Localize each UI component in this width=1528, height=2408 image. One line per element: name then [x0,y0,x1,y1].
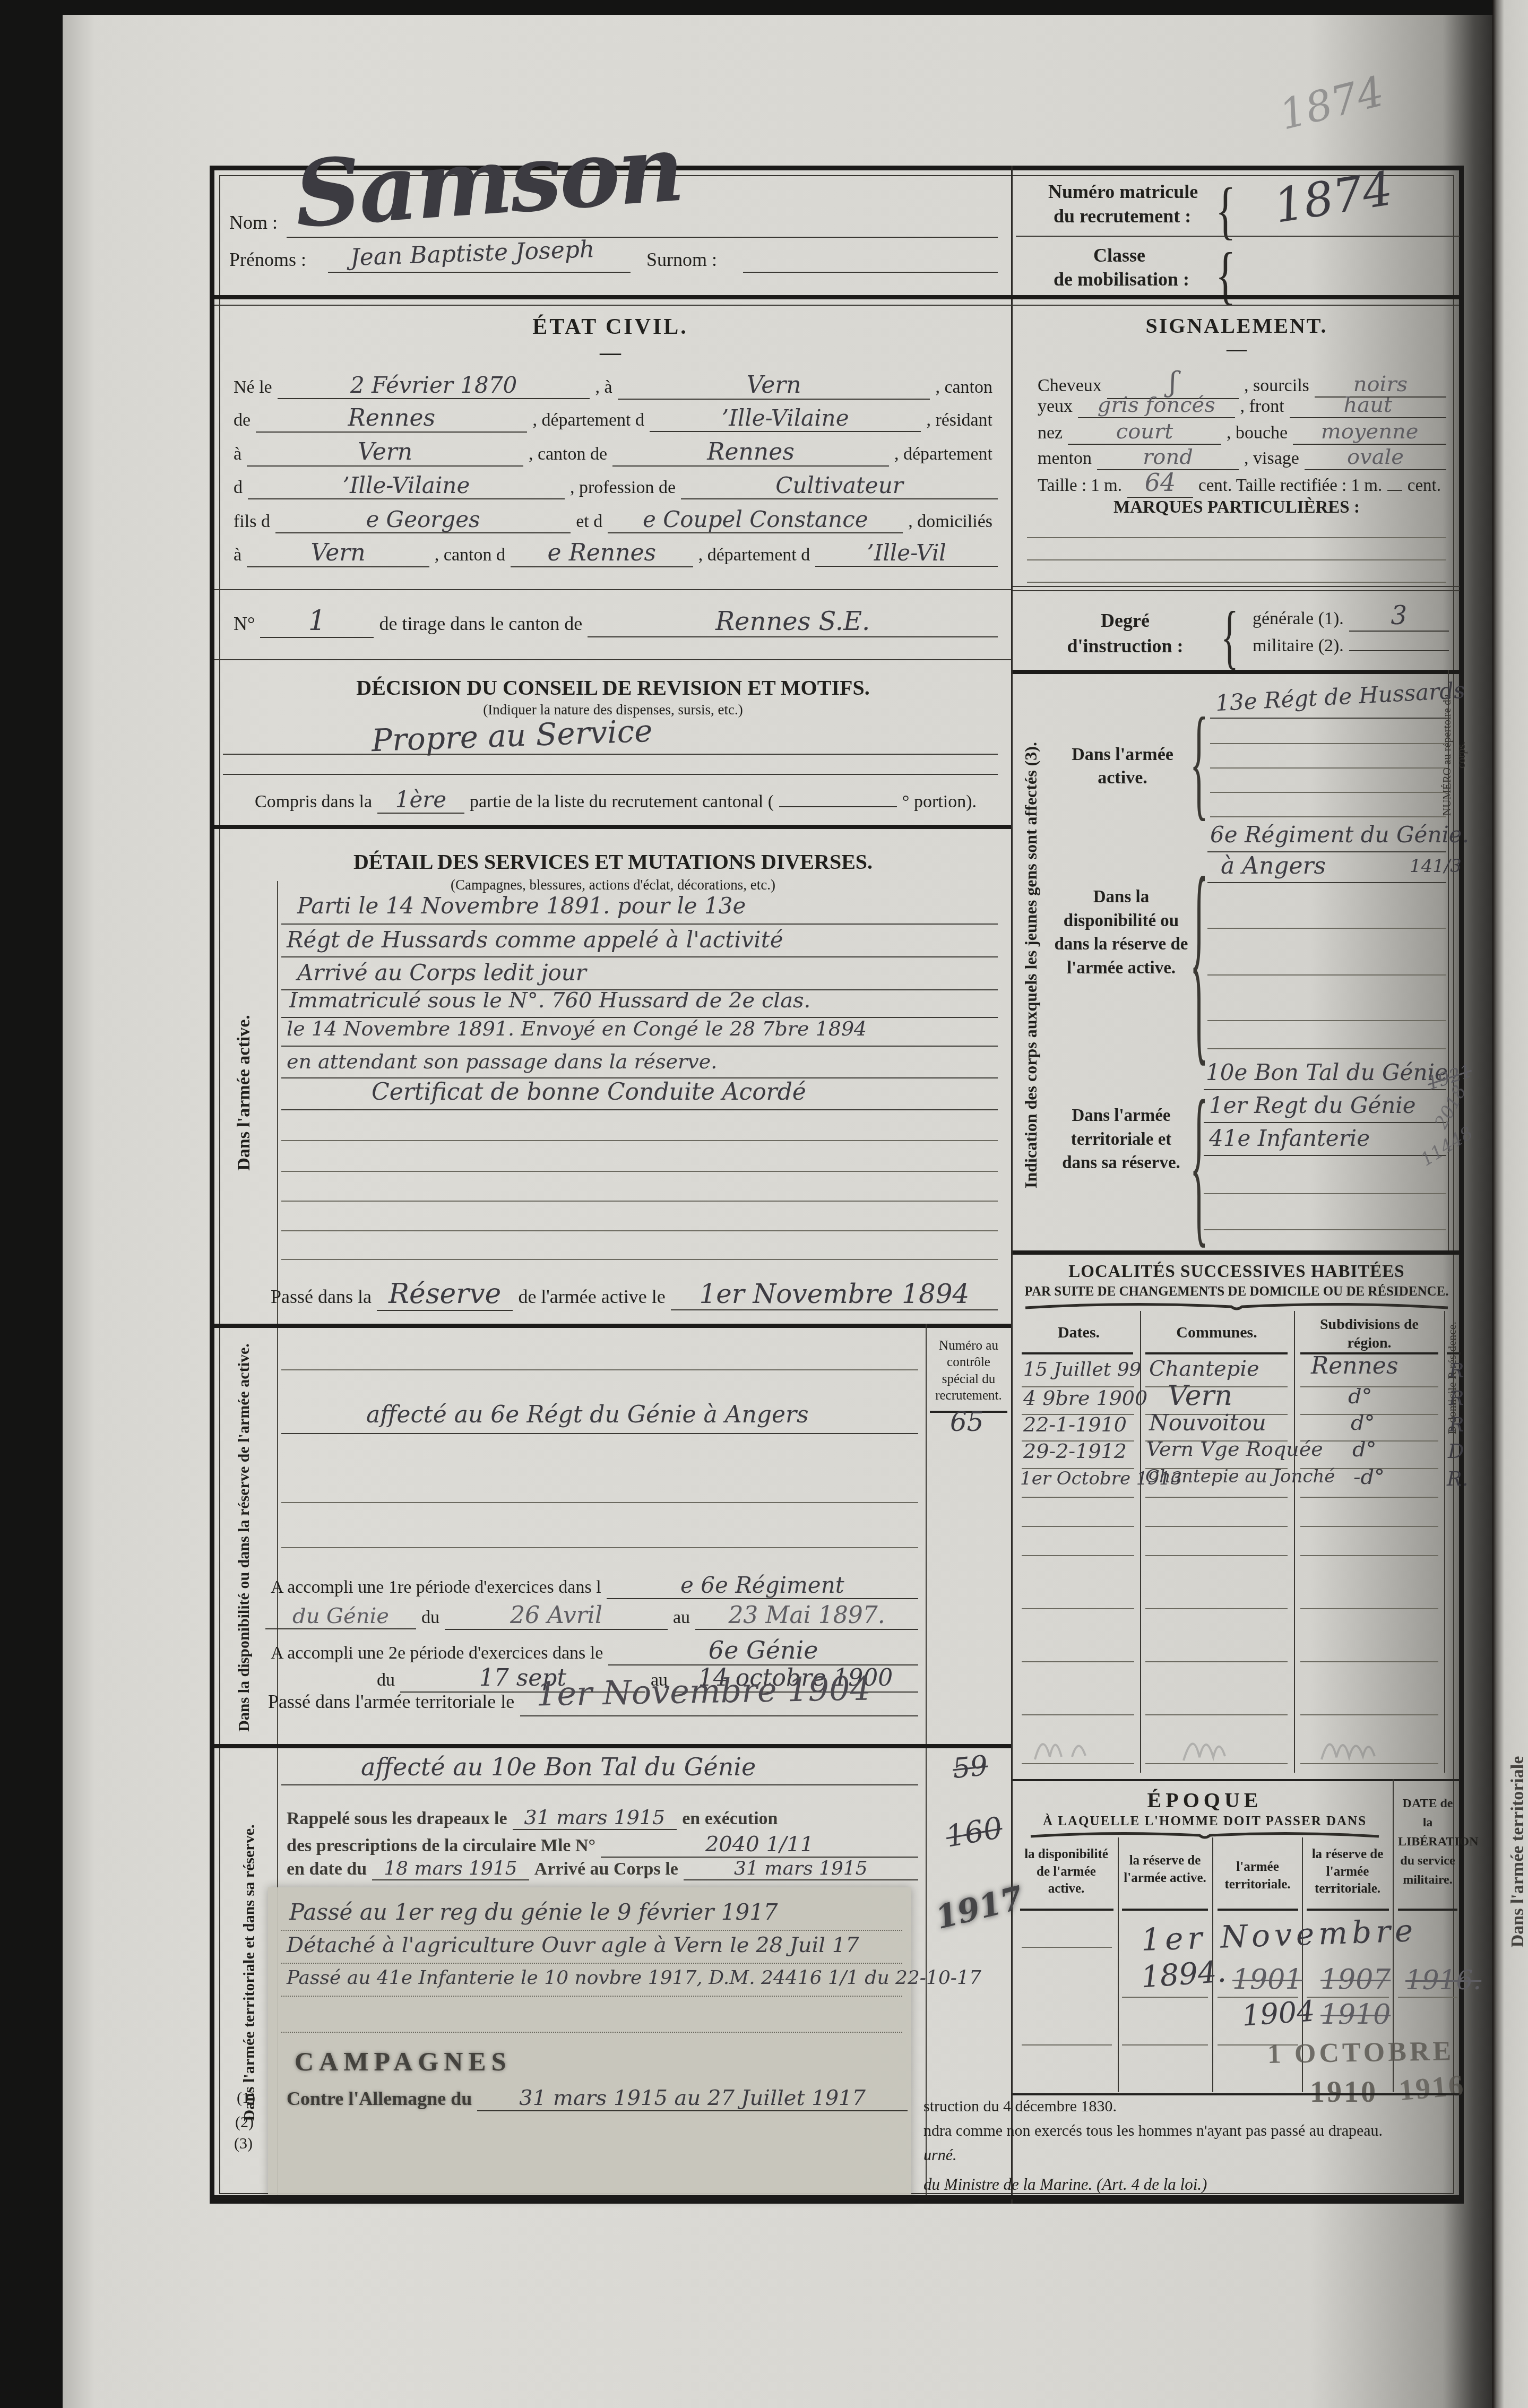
ruled-line [1207,1020,1446,1021]
ruled-line [1022,1947,1112,1948]
ruled-line [1122,2044,1208,2045]
epoque-brace-decoration [1030,1830,1380,1842]
periode1-line: A accompli une 1re période d'exercices d… [265,1572,918,1599]
localites-row-dr: R [1449,1386,1464,1410]
ruled-line [1300,1608,1438,1609]
corps-dispo-value-1: 6e Régiment du Génie. [1210,822,1469,848]
ruled-line [1204,1229,1446,1230]
slip-line-3: Passé au 41e Infanterie le 10 novbre 191… [287,1967,981,1989]
terr-affecte-value: affecté au 10e Bon Tal du Génie [361,1753,756,1781]
ruled-line [1207,882,1446,883]
ruled-line [1398,1997,1457,1998]
degre-generale-row: générale (1). 3 [1247,601,1449,632]
service-line: en attendant son passage dans la réserve… [287,1050,717,1073]
ruled-line [1145,1608,1288,1609]
epoque-subtitle: À LAQUELLE L'HOMME DOIT PASSER DANS [1030,1814,1380,1829]
degre-brace: { [1221,598,1239,678]
localites-row-date: 15 Juillet 99 [1023,1359,1141,1380]
footnote-frag-1: struction du 4 décembre 1830. [923,2098,1117,2116]
localites-row-date: 29-2-1912 [1023,1439,1127,1463]
classe-brace: { [1215,240,1236,313]
localites-row-subdiv: d° [1348,1384,1372,1409]
service-line: Régt de Hussards comme appelé à l'activi… [287,927,783,953]
footnote-frag-2: ndra comme non exercés tous les hommes n… [923,2122,1383,2140]
slip-line-2: Détaché à l'agriculture Ouvr agle à Vern… [287,1933,859,1957]
section-divider [1013,670,1460,674]
ruled-line [281,1171,998,1172]
epoque-col1-header: la disponibilité de l'armée active. [1018,1846,1115,1898]
ruled-line [1022,1661,1134,1662]
epoque-col-divider [1118,1837,1119,2092]
ruled-line [328,272,631,273]
ruled-line [1122,1997,1208,1998]
etat-civil-line-2: de Rennes , département d ’Ille-Vilaine … [228,404,998,433]
slip-line-1: Passé au 1er reg du génie le 9 février 1… [289,1899,778,1925]
rappel-line-3: en date du 18 mars 1915 Arrivé au Corps … [281,1858,918,1880]
epoque-header-underline [1398,1909,1457,1911]
passe-territoriale-value: 1er Novembre 1904 [536,1669,871,1713]
corps-dispo-value-2: à Angers [1221,852,1326,879]
prenoms-label: Prénoms : [229,248,306,271]
service-line: le 14 Novembre 1891. Envoyé en Congé le … [287,1017,867,1040]
adjacent-page-edge [1492,0,1528,2408]
classe-label: Classe [1093,244,1145,266]
epoque-terr-value: 1904 [1241,1994,1316,2032]
footnote-marker-1: (1) [237,2089,255,2107]
section-divider-thin [214,659,1011,660]
marques-title: MARQUES PARTICULIÈRES : [1035,498,1438,517]
ruled-line [281,1109,998,1110]
periode1-line2: du Génie du 26 Avril au 23 Mai 1897. [265,1602,918,1630]
localites-header-underline [1022,1352,1133,1354]
section-divider-thin [1013,590,1460,591]
signalement-menton-row: menton rond , visage ovale [1032,445,1446,470]
corps-active-brace: { [1190,690,1208,835]
epoque-lib-struck: 1916. [1405,1965,1481,1996]
ruled-line [281,2032,902,2033]
corps-terr-value-3: 41e Infanterie [1209,1125,1370,1151]
signalement-nez-row: nez court , bouche moyenne [1032,419,1446,445]
ruled-line [1307,1997,1389,1998]
numero-controle-header: Numéro au contrôle spécial du recrutemen… [930,1337,1007,1404]
stamp-1-octobre: 1 OCTOBRE [1267,2035,1455,2070]
degre-militaire-row: militaire (2). [1247,636,1449,656]
localites-col-divider-2 [1294,1311,1295,1773]
localites-row-dr: R [1449,1413,1464,1436]
epoque-header-underline [1122,1909,1208,1911]
localites-row-subdiv: d° [1352,1437,1377,1462]
epoque-title: ÉPOQUE [1030,1788,1380,1813]
ruled-line [281,1433,918,1434]
localites-row-commune: Vern [1168,1380,1232,1412]
epoque-col5-header: DATE de la LIBÉRATION du service militai… [1398,1794,1457,1889]
ruled-line [1207,928,1446,929]
epoque-header-underline [1218,1909,1298,1911]
ruled-line [281,1259,998,1260]
ruled-line [1207,974,1446,976]
epoque-header-underline [1020,1909,1113,1911]
section-divider-thin [214,305,1459,306]
ruled-line [281,1201,998,1202]
ruled-line [223,774,998,775]
stamp-1916: 1916 [1397,2068,1466,2108]
ruled-line [281,924,998,925]
ruled-line [281,1784,918,1785]
localites-row-dr: D [1448,1439,1464,1463]
ruled-line [1145,1526,1288,1527]
ruled-line [1022,2044,1112,2045]
ruled-line [1210,816,1446,817]
epoque-header-underline [1307,1909,1389,1911]
periode2-line: A accompli une 2e période d'exercices da… [265,1636,918,1665]
service-line: Arrivé au Corps ledit jour [297,960,586,986]
localites-header-underline [1145,1352,1288,1354]
footnote-marker-3: (3) [234,2135,253,2153]
epoque-terr-struck: 1901 [1232,1964,1302,1996]
service-line: Certificat de bonne Conduite Acordé [372,1078,806,1106]
ruled-line [281,1547,918,1548]
ruled-line [1210,718,1446,719]
ruled-line [1210,767,1446,769]
section-divider [214,295,1459,299]
localites-brace-decoration [1024,1300,1449,1313]
scanned-military-register-page: Dans l'armée territoriale 1874 Samson No… [0,0,1528,2408]
campagnes-stamp: CAMPAGNES [295,2046,512,2077]
section-divider [214,1324,1011,1328]
ruled-line [1300,1714,1438,1715]
ruled-line [1204,1193,1446,1194]
passe-territoriale-label: Passé dans l'armée territoriale le [268,1690,514,1713]
numero-controle-divider [926,1324,927,2199]
localites-row-commune: Chantepie [1149,1357,1259,1381]
localites-row-commune: Nouvoitou [1149,1410,1266,1436]
signalement-dash: — [1035,338,1438,361]
signalement-taille-row: Taille : 1 m. 64 cent. Taille rectifiée … [1032,468,1446,498]
service-line: Immatriculé sous le N°. 760 Hussard de 2… [289,988,810,1013]
matricule-label2: du recrutement : [1054,205,1191,227]
localites-col-subdiv: Subdivisions de région. [1300,1315,1438,1352]
epoque-col2-header: la réserve de l'armée active. [1121,1852,1209,1887]
ruled-line [1022,1497,1134,1498]
localites-row-subdiv: Rennes [1311,1352,1398,1379]
adjacent-page-rotated-label: Dans l'armée territoriale [1508,1714,1528,1990]
epoque-col3-header: l'armée territoriale. [1216,1859,1299,1893]
footnote-frag-3: urné. [923,2146,957,2164]
footnote-marker-2: (2) [235,2113,254,2131]
localites-row-date: 4 9bre 1900 [1023,1386,1147,1410]
epoque-bottom-border [1013,2093,1460,2095]
degre-label-1: Degré [1056,609,1194,632]
service-line: Parti le 14 Novembre 1891. pour le 13e [297,893,746,919]
corps-dispo-brace: { [1190,828,1208,1092]
ruled-line [1204,1155,1446,1156]
localites-row-date: 22-1-1910 [1023,1413,1127,1436]
ruled-line [1207,1048,1446,1049]
ruled-line [281,1930,902,1931]
ruled-line [281,1046,998,1047]
localites-row-dr: R [1449,1359,1464,1382]
ruled-line [1210,792,1446,793]
frame-bottom-accent [214,2195,1459,2199]
etat-civil-line-4: d ’Ille-Vilaine , profession de Cultivat… [228,472,998,499]
ruled-line [1145,1661,1288,1662]
corps-active-label: Dans l'armée active. [1056,743,1189,790]
decision-title: DÉCISION DU CONSEIL DE REVISION ET MOTIF… [255,675,971,700]
side-label-armee-active: Dans l'armée active. [234,907,254,1279]
localites-subtitle: PAR SUITE DE CHANGEMENTS DE DOMICILE OU … [1024,1284,1449,1299]
ruled-line [281,1963,902,1964]
corps-terr-value-1: 10e Bon Tal du Génie [1206,1059,1448,1085]
tirage-line: N° 1 de tirage dans le canton de Rennes … [228,605,998,638]
ruled-line [281,1996,902,1997]
ruled-line [1022,1555,1134,1556]
matricule-brace: { [1215,175,1236,248]
ruled-line [1300,1497,1438,1498]
ruled-line [1300,1661,1438,1662]
corps-terr-value-2: 1er Regt du Génie [1209,1092,1416,1118]
detail-subtitle: (Campagnes, blessures, actions d'éclat, … [255,877,971,893]
localites-row-commune: Vern Vge Roquée [1146,1437,1323,1461]
epoque-resterr-struck1: 1907 [1320,1964,1391,1996]
matricule-label: Numéro matricule [1048,180,1198,203]
ruled-line [281,956,998,957]
ruled-line [1022,1714,1134,1715]
localites-header-underline [1447,1352,1461,1354]
pencil-scribbles [1024,1722,1444,1770]
section-divider-thin [1013,586,1460,587]
footnote-frag-4: du Ministre de la Marine. (Art. 4 de la … [923,2175,1207,2194]
localites-row-dr: R. [1447,1467,1469,1490]
section-divider [214,1744,1011,1748]
ruled-line [743,272,998,273]
ruled-line [1016,236,1460,237]
ruled-line [281,1502,918,1503]
classe-label2: de mobilisation : [1054,268,1189,290]
degre-label-2: d'instruction : [1040,635,1210,657]
ruled-line [1022,1608,1134,1609]
signalement-yeux-row: yeux gris foncés , front haut [1032,393,1446,418]
ruled-line [1027,559,1446,560]
ruled-line [1145,1714,1288,1715]
ruled-line [281,1369,918,1370]
localites-col-dates: Dates. [1022,1324,1136,1342]
section-divider-thin [214,589,1011,590]
corps-dispo-label: Dans la disponibilité ou dans la réserve… [1054,885,1189,980]
numero-repertoire-divider [1448,670,1449,1253]
dispo-affecte-value: affecté au 6e Régt du Génie à Angers [366,1401,809,1428]
ruled-line [1210,743,1446,744]
epoque-reserve-value-year: 1894. [1140,1954,1227,1995]
etat-civil-line-5: fils d e Georges et d e Coupel Constance… [228,506,998,533]
localites-title: LOCALITÉS SUCCESSIVES HABITÉES [1024,1262,1449,1282]
ruled-line [1022,1526,1134,1527]
side-label-disponibilite: Dans la disponibilité ou dans la réserve… [235,1323,253,1753]
ruled-line [1204,1122,1446,1123]
dispo-affecte-numero: 65 [950,1406,984,1437]
passe-reserve-line: Passé dans la Réserve de l'armée active … [265,1278,998,1311]
localites-row-commune: Chantepie au Jonché [1145,1466,1335,1487]
ruled-line [520,1715,918,1716]
etat-civil-line-3: à Vern , canton de Rennes , département [228,438,998,467]
terr-affecte-numero: 59 [951,1750,989,1785]
corps-terr-label: Dans l'armée territoriale et dans sa rés… [1054,1104,1189,1175]
ruled-line [1300,1555,1438,1556]
etat-civil-title: ÉTAT CIVIL. [372,314,849,340]
rappel-line-1: Rappelé sous les drapeaux le 31 mars 191… [281,1806,918,1830]
etat-civil-line-1: Né le 2 Février 1870 , à Vern , canton [228,372,998,400]
epoque-col4-header: la réserve de l'armée territoriale. [1306,1846,1389,1898]
epoque-resterr-struck2: 1910 [1320,1999,1391,2031]
compris-line: Compris dans la 1ère partie de la liste … [249,787,982,814]
section-divider [214,825,1011,829]
ruled-line [287,237,998,238]
localites-row-subdiv: -d° [1353,1465,1385,1489]
ruled-line [1145,1497,1288,1498]
etat-civil-line-6: à Vern , canton d e Rennes , département… [228,539,998,567]
ruled-line [1300,1526,1438,1527]
nom-label: Nom : [229,211,278,234]
ruled-line [281,1140,998,1141]
ruled-line [1145,1555,1288,1556]
localites-row-subdiv: d° [1351,1411,1375,1435]
rappel-line-2: des prescriptions de la circulaire Mle N… [281,1832,918,1858]
surnom-label: Surnom : [646,248,717,271]
ruled-line [1027,537,1446,538]
ruled-line [1027,582,1446,583]
stamp-1910: 1910 [1310,2075,1378,2109]
signalement-title: SIGNALEMENT. [1035,313,1438,338]
corps-dispo-numero: 141/3 [1410,856,1462,877]
etat-civil-dash: — [372,340,849,365]
detail-title: DÉTAIL DES SERVICES ET MUTATIONS DIVERSE… [255,849,971,874]
ruled-line [1204,1089,1446,1090]
ruled-line [281,1230,998,1231]
localites-col-communes: Communes. [1144,1324,1290,1342]
corps-terr-brace: { [1190,1061,1208,1268]
corps-side-label: Indication des corps auxquels les jeunes… [1021,684,1041,1247]
ruled-line [223,754,998,755]
section-divider [1013,1250,1460,1255]
campagnes-line: Contre l'Allemagne du 31 mars 1915 au 27… [281,2086,908,2111]
